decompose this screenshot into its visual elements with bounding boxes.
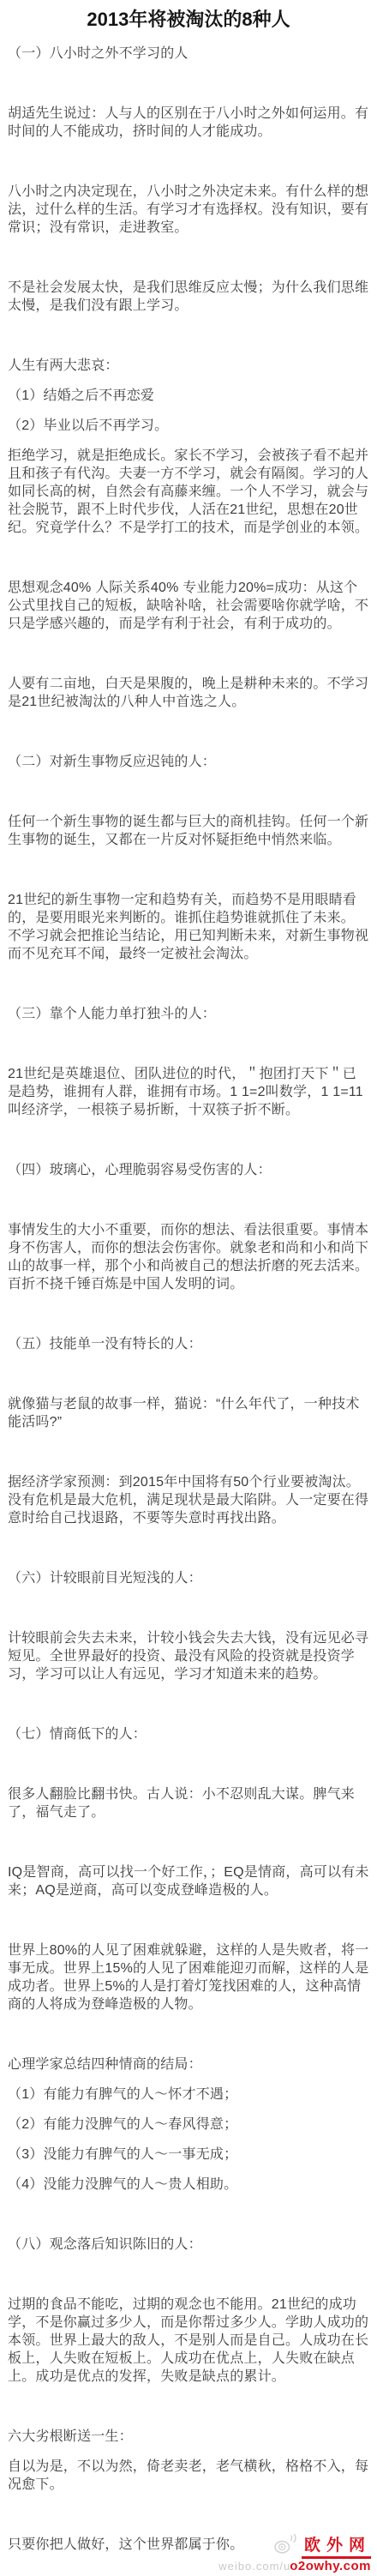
paragraph: （三）靠个人能力单打独斗的人： <box>8 1005 369 1023</box>
blank-line <box>8 723 369 741</box>
blank-line <box>8 645 369 663</box>
article-title: 2013年将被淘汰的8种人 <box>8 7 369 33</box>
blank-line <box>8 153 369 171</box>
paragraph: 21世纪是英雄退位、团队进位的时代，＂抱团打天下＂已是趋势，谁拥有人群，谁拥有市… <box>8 1065 369 1119</box>
blank-line <box>8 1695 369 1713</box>
blank-line <box>8 1911 369 1929</box>
paragraph: （2）有能力没脾气的人～春风得意； <box>8 2116 369 2134</box>
paragraph: 心理学家总结四种情商的结局： <box>8 2055 369 2073</box>
paragraph: 思想观念40% 人际关系40% 专业能力20%=成功：从这个公式里找自己的短板，… <box>8 579 369 633</box>
blank-line <box>8 1305 369 1323</box>
paragraph: （1）结婚之后不再恋爱 <box>8 387 369 405</box>
paragraph: 胡适先生说过：人与人的区别在于八小时之外如何运用。有时间的人不能成功，挤时间的人… <box>8 105 369 141</box>
blank-line <box>8 2398 369 2416</box>
paragraph: 六大劣根断送一生： <box>8 2428 369 2446</box>
paragraph: IQ是智商，高可以找一个好工作，；EQ是情商，高可以有未来；AQ是逆商，高可以变… <box>8 1863 369 1899</box>
blank-line <box>8 75 369 93</box>
blank-line <box>8 1539 369 1557</box>
watermark-site-name: 欧外网 <box>302 2537 371 2559</box>
paragraph: 据经济学家预测：到2015年中国将有50个行业要被淘汰。没有危机是最大危机，满足… <box>8 1473 369 1527</box>
weibo-logo-icon <box>274 2534 300 2558</box>
paragraph: （四）玻璃心，心理脆弱容易受伤害的人： <box>8 1161 369 1179</box>
article-content: 2013年将被淘汰的8种人 （一）八小时之外不学习的人胡适先生说过：人与人的区别… <box>0 0 377 2554</box>
paragraph: 八小时之内决定现在，八小时之外决定未来。有什么样的想法，过什么样的生活。有学习才… <box>8 183 369 237</box>
watermark-bottom-row: weibo.com/u o2owhy.com <box>218 2560 371 2573</box>
blank-line <box>8 1365 369 1383</box>
blank-line <box>8 249 369 267</box>
paragraph: （一）八小时之外不学习的人 <box>8 45 369 63</box>
paragraph: 21世纪的新生事物一定和趋势有关，而趋势不是用眼睛看的，是要用眼光来判断的。谁抓… <box>8 891 369 963</box>
blank-line <box>8 2025 369 2043</box>
paragraph: 就像猫与老鼠的故事一样，猫说：“什么年代了，一种技术能活吗?” <box>8 1395 369 1431</box>
blank-line <box>8 1443 369 1461</box>
watermark-top-row: 欧外网 <box>218 2534 371 2559</box>
blank-line <box>8 861 369 879</box>
blank-line <box>8 2266 369 2284</box>
watermark: 欧外网 weibo.com/u o2owhy.com <box>218 2534 371 2573</box>
blank-line <box>8 1131 369 1149</box>
paragraph: （五）技能单一没有特长的人： <box>8 1335 369 1353</box>
paragraph: 任何一个新生事物的诞生都与巨大的商机挂钩。任何一个新生事物的诞生，又都在一片反对… <box>8 813 369 849</box>
paragraph: 人要有二亩地，白天是果腹的，晚上是耕种未来的。不学习是21世纪被淘汰的八种人中首… <box>8 675 369 711</box>
paragraph: （二）对新生事物反应迟钝的人： <box>8 753 369 771</box>
blank-line <box>8 783 369 801</box>
article-image: 2013年将被淘汰的8种人 （一）八小时之外不学习的人胡适先生说过：人与人的区别… <box>0 0 377 2576</box>
paragraph: （八）观念落后知识陈旧的人： <box>8 2236 369 2254</box>
paragraph: （2）毕业以后不再学习。 <box>8 417 369 435</box>
blank-line <box>8 327 369 345</box>
paragraph: （3）没能力有脾气的人～一事无成； <box>8 2146 369 2164</box>
paragraph: （六）计较眼前目光短浅的人： <box>8 1569 369 1587</box>
paragraph: 很多人翻脸比翻书快。古人说：小不忍则乱大谋。脾气来了，福气走了。 <box>8 1785 369 1821</box>
paragraph: 不是社会发展太快，是我们思维反应太慢；为什么我们思维太慢，是我们没有跟上学习。 <box>8 279 369 315</box>
watermark-weibo-url: weibo.com/u <box>218 2561 290 2572</box>
blank-line <box>8 1833 369 1851</box>
blank-line <box>8 2506 369 2524</box>
blank-line <box>8 1599 369 1617</box>
article-body: （一）八小时之外不学习的人胡适先生说过：人与人的区别在于八小时之外如何运用。有时… <box>8 45 369 2554</box>
blank-line <box>8 549 369 567</box>
blank-line <box>8 1191 369 1209</box>
paragraph: （1）有能力有脾气的人～怀才不遇； <box>8 2085 369 2104</box>
blank-line <box>8 1035 369 1053</box>
blank-line <box>8 1755 369 1773</box>
paragraph: （七）情商低下的人： <box>8 1725 369 1743</box>
paragraph: （4）没能力没脾气的人～贵人相助。 <box>8 2176 369 2194</box>
paragraph: 人生有两大悲哀： <box>8 357 369 375</box>
blank-line <box>8 975 369 993</box>
paragraph: 事情发生的大小不重要，而你的想法、看法很重要。事情本身不伤害人，而你的想法会伤害… <box>8 1221 369 1293</box>
paragraph: 计较眼前会失去未来，计较小钱会失去大钱，没有远见必寻短见。全世界最好的投资、最没… <box>8 1629 369 1683</box>
blank-line <box>8 2206 369 2224</box>
paragraph: 过期的食品不能吃，过期的观念也不能用。21世纪的成功学，不是你赢过多少人，而是你… <box>8 2296 369 2386</box>
paragraph: 拒绝学习，就是拒绝成长。家长不学习，会被孩子看不起并且和孩子有代沟。夫妻一方不学… <box>8 447 369 537</box>
paragraph: 世界上80%的人见了困难就躲避，这样的人是失败者，将一事无成。世界上15%的人见… <box>8 1941 369 2013</box>
watermark-site-url: o2owhy.com <box>290 2560 371 2573</box>
paragraph: 自以为是，不以为然，倚老卖老，老气横秋，格格不入，每况愈下。 <box>8 2458 369 2494</box>
